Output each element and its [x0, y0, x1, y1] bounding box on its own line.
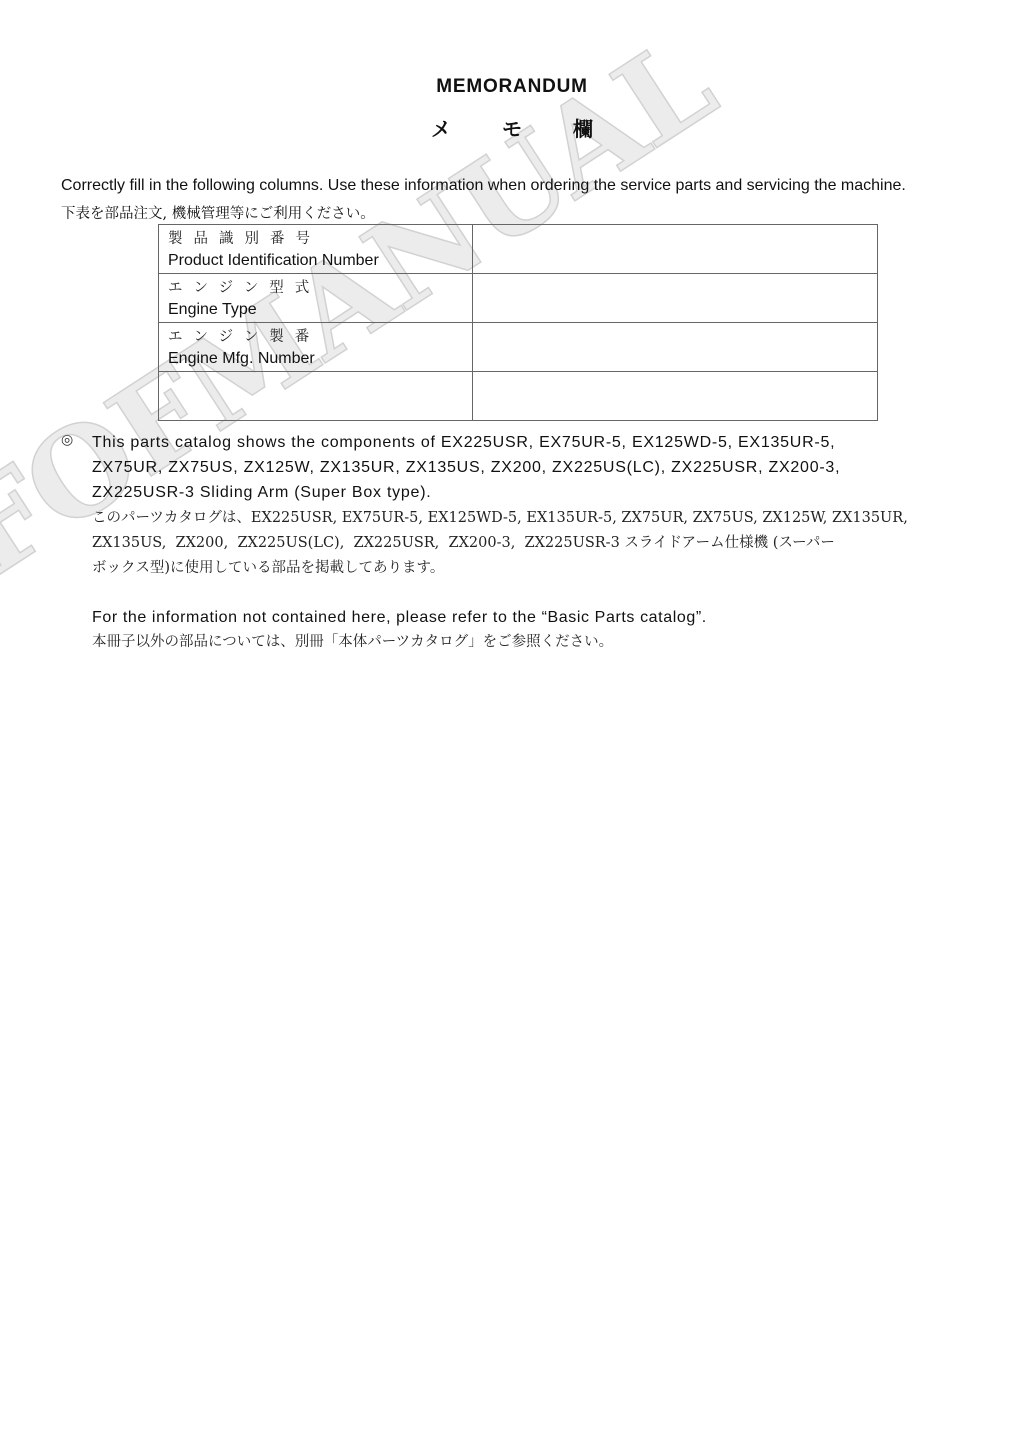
note-en-line: ZX75UR, ZX75US, ZX125W, ZX135UR, ZX135US… — [92, 455, 961, 480]
intro-text-jp: 下表を部品注文, 機械管理等にご利用ください。 — [61, 202, 375, 223]
table-row: 製品識別番号 Product Identification Number — [159, 225, 878, 274]
row-label: エンジン製番 Engine Mfg. Number — [159, 323, 473, 372]
product-id-field[interactable] — [473, 225, 878, 274]
table-row: エンジン型式 Engine Type — [159, 274, 878, 323]
page-title: MEMORANDUM — [0, 76, 1024, 98]
memo-table: 製品識別番号 Product Identification Number エンジ… — [158, 224, 878, 421]
table-row — [159, 372, 878, 421]
intro-text-en: Correctly fill in the following columns.… — [61, 177, 906, 195]
row-label: 製品識別番号 Product Identification Number — [159, 225, 473, 274]
label-en: Product Identification Number — [168, 252, 472, 270]
label-jp: エンジン製番 — [168, 325, 472, 347]
reference-text-en: For the information not contained here, … — [92, 606, 707, 630]
note-en-line: This parts catalog shows the components … — [92, 430, 961, 455]
title-jp-char: モ — [502, 113, 522, 142]
label-jp — [168, 374, 472, 396]
note-jp-line: ZX135US, ZX200, ZX225US(LC), ZX225USR, Z… — [92, 531, 961, 556]
double-circle-icon: ◎ — [61, 432, 73, 448]
label-en: Engine Mfg. Number — [168, 350, 472, 368]
document-page: PDFOFMANUAL MEMORANDUM メ モ 欄 Correctly f… — [0, 0, 1024, 1448]
label-jp: エンジン型式 — [168, 276, 472, 298]
engine-mfg-number-field[interactable] — [473, 323, 878, 372]
row-label: エンジン型式 Engine Type — [159, 274, 473, 323]
title-jp-char: メ — [431, 113, 451, 142]
engine-type-field[interactable] — [473, 274, 878, 323]
note-text-jp: このパーツカタログは、EX225USR, EX75UR-5, EX125WD-5… — [92, 506, 961, 581]
note-en-line: ZX225USR-3 Sliding Arm (Super Box type). — [92, 480, 961, 505]
title-jp-char: 欄 — [573, 113, 593, 142]
catalog-note: ◎ This parts catalog shows the component… — [61, 430, 961, 581]
label-en: Engine Type — [168, 301, 472, 319]
reference-text-jp: 本冊子以外の部品については、別冊「本体パーツカタログ」をご参照ください。 — [92, 630, 707, 654]
blank-label-field[interactable] — [159, 372, 473, 421]
note-text-en: This parts catalog shows the components … — [92, 430, 961, 505]
table-row: エンジン製番 Engine Mfg. Number — [159, 323, 878, 372]
note-jp-line: ボックス型)に使用している部品を掲載してあります。 — [92, 556, 961, 581]
page-title-jp: メ モ 欄 — [0, 113, 1024, 142]
label-jp: 製品識別番号 — [168, 227, 472, 249]
note-jp-line: このパーツカタログは、EX225USR, EX75UR-5, EX125WD-5… — [92, 506, 961, 531]
reference-note: For the information not contained here, … — [92, 606, 707, 654]
blank-value-field[interactable] — [473, 372, 878, 421]
